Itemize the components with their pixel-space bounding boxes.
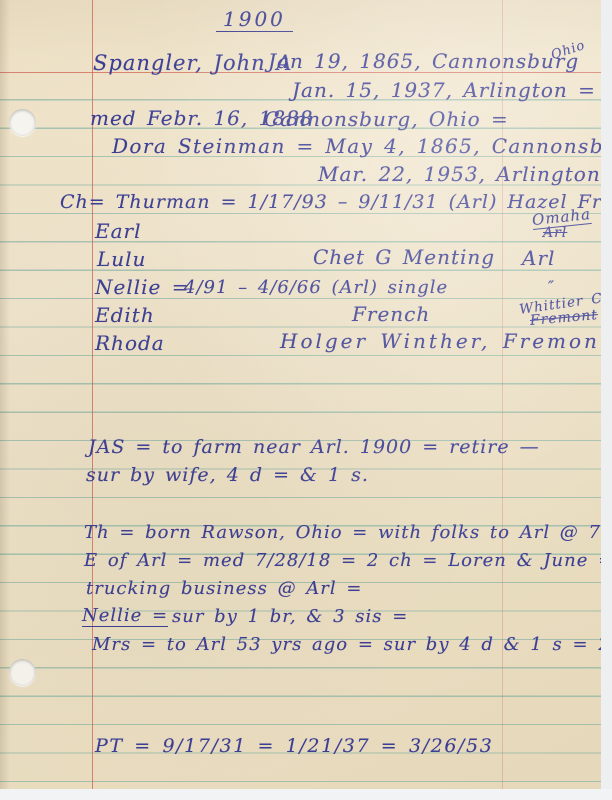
paper-sheet: 1900 Spangler, John A Jan 19, 1865, Cann…: [0, 0, 601, 789]
scan-right-edge: [601, 0, 612, 800]
scan-bottom-edge: [0, 789, 612, 800]
child-nellie-name: Nellie =: [95, 276, 189, 298]
scanned-page: 1900 Spangler, John A Jan 19, 1865, Cann…: [0, 0, 612, 800]
record-birth: Jan 19, 1865, Cannonsburg: [268, 50, 579, 72]
record-marriage-place: Cannonsburg, Ohio =: [264, 108, 509, 130]
child-edith-name: Edith: [95, 304, 155, 326]
note-thurman-line1: Th = born Rawson, Ohio = with folks to A…: [84, 523, 612, 543]
note-mrs-text: Mrs = to Arl 53 yrs ago = sur by 4 d & 1…: [92, 635, 612, 655]
child-earl-name: Earl: [95, 220, 141, 242]
hole-punch-bottom: [9, 659, 36, 686]
child-nellie-dates: 4/91 – 4/6/66 (Arl) single: [184, 278, 448, 298]
note-jas-line2: sur by wife, 4 d = & 1 s.: [86, 465, 369, 486]
child-rhoda-name: Rhoda: [95, 332, 165, 354]
note-nellie-name: Nellie =: [82, 606, 168, 627]
child-thurman-line: Ch= Thurman = 1/17/93 – 9/11/31 (Arl) Ha…: [60, 192, 612, 213]
footer-dates: PT = 9/17/31 = 1/21/37 = 3/26/53: [95, 736, 493, 757]
child-nellie-ditto-mark: ″: [548, 278, 555, 296]
note-thurman-line3: trucking business @ Arl =: [86, 579, 362, 599]
hole-punch-top: [9, 109, 36, 136]
record-spouse-birth: Dora Steinman = May 4, 1865, Cannonsburg…: [112, 135, 612, 157]
child-earl-residence-old: Arl: [543, 226, 567, 241]
page-title: 1900: [216, 8, 293, 32]
child-edith-spouse: French: [352, 303, 430, 325]
child-rhoda-spouse: Holger Winther, Fremont: [280, 330, 611, 352]
child-lulu-residence: Arl: [522, 247, 555, 269]
note-nellie-text: sur by 1 br, & 3 sis =: [172, 607, 408, 627]
record-spouse-death: Mar. 22, 1953, Arlington = Arl: [318, 163, 612, 185]
note-jas-line1: JAS = to farm near Arl. 1900 = retire —: [88, 437, 540, 458]
record-death: Jan. 15, 1937, Arlington = Arl: [292, 79, 612, 101]
child-lulu-spouse: Chet G Menting: [313, 246, 495, 268]
child-lulu-name: Lulu: [97, 248, 146, 270]
note-thurman-line2: E of Arl = med 7/28/18 = 2 ch = Loren & …: [84, 551, 612, 571]
record-name: Spangler, John A: [93, 52, 293, 75]
